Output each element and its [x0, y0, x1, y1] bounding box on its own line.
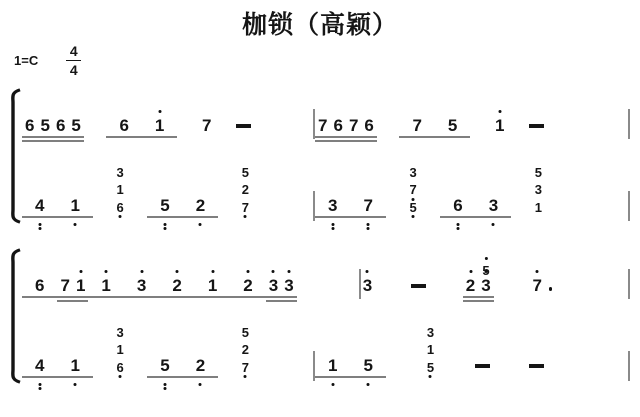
beam-line	[68, 140, 83, 142]
beam-group: 41	[22, 357, 93, 374]
octave-dot-below	[74, 383, 77, 386]
note: 3	[124, 277, 159, 294]
note-digit: 4	[35, 197, 44, 214]
note-digit: 4	[35, 357, 44, 374]
note-digit: 3	[481, 277, 490, 294]
beam-line	[476, 216, 511, 218]
note-digit: 5	[160, 197, 169, 214]
key-signature: 1=C	[14, 53, 38, 68]
barline	[628, 109, 630, 139]
beam-line	[315, 140, 330, 142]
note: 1	[195, 277, 230, 294]
octave-dot-below	[38, 387, 41, 390]
octave-dot-below	[38, 223, 41, 226]
note: 6	[361, 117, 376, 134]
note: 1	[57, 197, 92, 214]
note: 7	[350, 197, 385, 214]
chord-note: 3	[427, 326, 434, 339]
beam-line	[37, 136, 52, 138]
octave-dot-below	[74, 223, 77, 226]
melody-staff: 65656177676751	[22, 90, 630, 134]
note-digit: 7	[60, 277, 69, 294]
note: 5	[147, 197, 182, 214]
beam-line	[281, 300, 296, 302]
note-digit: 1	[155, 117, 164, 134]
note: 35	[478, 277, 493, 294]
octave-dot-below	[38, 383, 41, 386]
note-digit: 6	[364, 117, 373, 134]
chord-note: 1	[116, 183, 123, 196]
note-digit: 1	[495, 117, 504, 134]
note-digit: 6	[35, 277, 44, 294]
note: 2	[159, 277, 194, 294]
octave-dot-above	[536, 270, 539, 273]
beam-line	[73, 296, 88, 298]
beam-group: 21	[159, 277, 230, 294]
system: 671132123332357413165252715315	[6, 250, 630, 374]
octave-dot-above	[498, 110, 501, 113]
note-digit: 7	[318, 117, 327, 134]
system-bracket-icon	[6, 248, 21, 384]
note: 3	[315, 197, 350, 214]
beam-line	[281, 296, 296, 298]
barline	[628, 269, 630, 299]
note: 7	[346, 117, 361, 134]
note-digit: 6	[119, 117, 128, 134]
beam-line	[142, 136, 177, 138]
held-note-dash	[529, 124, 544, 127]
note-digit: 3	[328, 197, 337, 214]
octave-dot-below	[457, 223, 460, 226]
chord-note: 1	[427, 343, 434, 356]
measure: 4131652527	[22, 161, 313, 214]
octave-dot-above	[140, 270, 143, 273]
note-digit: 3	[137, 277, 146, 294]
beam-line	[361, 136, 376, 138]
chord-note: 3	[409, 166, 416, 179]
beam-group: 52	[147, 197, 218, 214]
beam-line	[73, 300, 88, 302]
note: 1	[73, 277, 88, 294]
beam-line	[315, 216, 350, 218]
note: 1	[142, 117, 177, 134]
melody-staff: 671132123332357	[22, 250, 630, 294]
note-digit: 7	[533, 277, 542, 294]
beam-line	[195, 296, 230, 298]
beam-line	[57, 300, 72, 302]
beam-line	[22, 376, 57, 378]
chord: 315	[425, 321, 436, 374]
beam-line	[22, 136, 37, 138]
note: 5	[435, 117, 470, 134]
beam-line	[22, 216, 57, 218]
chord-note: 5	[535, 166, 542, 179]
octave-dot-below	[164, 223, 167, 226]
octave-dot-below	[367, 227, 370, 230]
note: 6	[106, 117, 141, 134]
note: 3	[476, 197, 511, 214]
beam-group: 235	[463, 277, 494, 294]
chord-note: 1	[535, 201, 542, 214]
note-digit: 3	[284, 277, 293, 294]
note: 5	[350, 357, 385, 374]
beam-line	[399, 136, 434, 138]
octave-dot-above	[469, 270, 472, 273]
note-digit: 2	[466, 277, 475, 294]
note-digit: 7	[363, 197, 372, 214]
octave-dot-below	[38, 227, 41, 230]
note-digit: 2	[196, 197, 205, 214]
beam-group: 13	[88, 277, 159, 294]
beam-line	[350, 376, 385, 378]
note: 7	[200, 117, 213, 134]
measure: 7676751	[315, 117, 628, 134]
beam-line	[463, 300, 478, 302]
note-digit: 2	[172, 277, 181, 294]
beam-line	[57, 376, 92, 378]
note-digit: 1	[328, 357, 337, 374]
beam-group: 63	[440, 197, 511, 214]
octave-dot-below	[244, 375, 247, 378]
beam-line	[435, 136, 470, 138]
note-digit: 7	[202, 117, 211, 134]
note: 1	[493, 117, 506, 134]
chord-note: 5	[242, 166, 249, 179]
chord: 316	[114, 161, 125, 214]
beam-line	[183, 376, 218, 378]
octave-dot-below	[164, 227, 167, 230]
chord: 527	[240, 321, 251, 374]
note-digit: 5	[160, 357, 169, 374]
octave-dot-below	[164, 387, 167, 390]
measure: 6565617	[22, 117, 313, 134]
note-digit: 1	[70, 357, 79, 374]
chord-note: 7	[242, 361, 249, 374]
octave-dot-above	[272, 270, 275, 273]
octave-dot-above	[247, 270, 250, 273]
beam-group: 75	[399, 117, 470, 134]
measure: 32357	[361, 277, 628, 294]
beam-line	[266, 300, 281, 302]
beam-line	[330, 136, 345, 138]
beam-line	[68, 136, 83, 138]
beam-line	[183, 216, 218, 218]
beam-group: 233	[230, 277, 296, 294]
note: 6	[22, 277, 57, 294]
augmentation-dot	[549, 287, 552, 290]
beam-line	[440, 216, 475, 218]
octave-dot-below	[199, 383, 202, 386]
note-digit: 1	[76, 277, 85, 294]
chord-note: 5	[427, 361, 434, 374]
octave-dot-below	[331, 383, 334, 386]
beam-group: 15	[315, 357, 386, 374]
note-digit: 5	[363, 357, 372, 374]
note: 2	[183, 357, 218, 374]
chord-note: 3	[116, 326, 123, 339]
note-digit: 7	[412, 117, 421, 134]
note: 3	[266, 277, 281, 294]
note: 6	[330, 117, 345, 134]
beam-group: 37	[315, 197, 386, 214]
beam-group: 671	[22, 277, 88, 294]
octave-dot-above	[105, 270, 108, 273]
octave-dot-above	[176, 270, 179, 273]
time-signature-numerator: 4	[70, 44, 78, 59]
note: 1	[315, 357, 350, 374]
system: 6565617767675141316525273737563531	[6, 90, 630, 214]
note: 2	[463, 277, 478, 294]
beam-line	[478, 300, 493, 302]
beam-line	[53, 136, 68, 138]
beam-line	[37, 140, 52, 142]
beam-line	[159, 296, 194, 298]
note: 6	[53, 117, 68, 134]
chord: 316	[114, 321, 125, 374]
octave-dot-above	[158, 110, 161, 113]
beam-line	[106, 136, 141, 138]
octave-dot-above	[287, 270, 290, 273]
chord-note: 7	[409, 183, 416, 196]
systems-container: 6565617767675141316525273737563531671132…	[0, 90, 640, 374]
note-digit: 6	[56, 117, 65, 134]
beam-line	[346, 136, 361, 138]
stacked-note: 5	[482, 264, 489, 277]
note-digit: 7	[349, 117, 358, 134]
beam-group: 52	[147, 357, 218, 374]
time-signature-denominator: 4	[70, 63, 78, 78]
octave-dot-above	[79, 270, 82, 273]
note: 7	[531, 277, 544, 294]
meta-row: 1=C 4 4	[14, 42, 640, 80]
octave-dot-above	[366, 270, 369, 273]
note: 7	[57, 277, 72, 294]
barline	[628, 191, 630, 221]
note: 4	[22, 357, 57, 374]
note: 5	[147, 357, 182, 374]
beam-line	[350, 216, 385, 218]
beam-line	[361, 140, 376, 142]
octave-dot-below	[199, 223, 202, 226]
chord-note: 7	[242, 201, 249, 214]
chord-note: 6	[116, 201, 123, 214]
held-note-dash	[236, 124, 251, 127]
beam-group: 6565	[22, 117, 84, 134]
note-digit: 3	[269, 277, 278, 294]
note: 6	[440, 197, 475, 214]
beam-line	[330, 140, 345, 142]
bass-staff: 41316525273737563531	[22, 160, 630, 214]
note-digit: 5	[71, 117, 80, 134]
note-digit: 1	[101, 277, 110, 294]
chord: 531	[533, 161, 544, 214]
note: 3	[281, 277, 296, 294]
chord: 527	[240, 161, 251, 214]
note: 7	[315, 117, 330, 134]
note: 7	[399, 117, 434, 134]
note-digit: 3	[363, 277, 372, 294]
note: 1	[57, 357, 92, 374]
held-note-dash	[529, 364, 544, 367]
note-digit: 5	[40, 117, 49, 134]
chord-note: 2	[242, 343, 249, 356]
beam-line	[463, 296, 478, 298]
chord-note: 1	[116, 343, 123, 356]
note: 2	[183, 197, 218, 214]
beam-group: 41	[22, 197, 93, 214]
octave-dot-below	[412, 215, 415, 218]
octave-dot-below	[367, 223, 370, 226]
measure: 4131652527	[22, 321, 313, 374]
measure: 3737563531	[315, 161, 628, 214]
beam-line	[57, 216, 92, 218]
octave-dot-above	[211, 270, 214, 273]
chord-note: 3	[116, 166, 123, 179]
octave-dot-below	[119, 375, 122, 378]
beam-group: 7676	[315, 117, 377, 134]
note-digit: 2	[243, 277, 252, 294]
note-digit: 3	[489, 197, 498, 214]
beam-line	[346, 140, 361, 142]
octave-dot-below	[331, 223, 334, 226]
beam-group: 61	[106, 117, 177, 134]
octave-dot-below	[457, 227, 460, 230]
octave-dot-below	[119, 215, 122, 218]
beam-line	[315, 136, 330, 138]
chord: 375	[407, 161, 418, 214]
note-digit: 6	[333, 117, 342, 134]
note-digit: 6	[453, 197, 462, 214]
beam-line	[230, 296, 265, 298]
note-digit: 2	[196, 357, 205, 374]
note-digit: 1	[208, 277, 217, 294]
beam-line	[147, 376, 182, 378]
time-signature: 4 4	[66, 44, 81, 78]
bass-staff: 413165252715315	[22, 320, 630, 374]
chord-note: 5	[242, 326, 249, 339]
chord-note: 5	[409, 201, 416, 214]
note: 3	[361, 277, 374, 294]
note: 6	[22, 117, 37, 134]
note-digit: 1	[70, 197, 79, 214]
sheet-music-page: 枷锁（高颖） 1=C 4 4 6565617767675141316525273…	[0, 0, 640, 417]
octave-dot-below	[492, 223, 495, 226]
note: 4	[22, 197, 57, 214]
beam-line	[478, 296, 493, 298]
note: 5	[37, 117, 52, 134]
octave-dot-above	[484, 257, 487, 260]
barline	[628, 351, 630, 381]
beam-line	[22, 296, 57, 298]
chord-note: 6	[116, 361, 123, 374]
note: 1	[88, 277, 123, 294]
note-digit: 6	[25, 117, 34, 134]
octave-dot-below	[367, 383, 370, 386]
octave-dot-below	[331, 227, 334, 230]
note-digit: 5	[448, 117, 457, 134]
page-title: 枷锁（高颖）	[0, 0, 640, 40]
measure: 15315	[315, 321, 628, 374]
beam-line	[147, 216, 182, 218]
held-note-dash	[411, 284, 426, 287]
note: 2	[230, 277, 265, 294]
note: 5	[68, 117, 83, 134]
beam-line	[315, 376, 350, 378]
held-note-dash	[475, 364, 490, 367]
beam-line	[88, 296, 123, 298]
chord-note: 3	[535, 183, 542, 196]
beam-line	[124, 296, 159, 298]
beam-line	[22, 140, 37, 142]
beam-line	[53, 140, 68, 142]
chord-note: 2	[242, 183, 249, 196]
beam-line	[266, 296, 281, 298]
beam-line	[57, 296, 72, 298]
system-bracket-icon	[6, 88, 21, 224]
octave-dot-below	[164, 383, 167, 386]
measure: 6711321233	[22, 277, 359, 294]
octave-dot-below	[429, 375, 432, 378]
octave-dot-below	[244, 215, 247, 218]
